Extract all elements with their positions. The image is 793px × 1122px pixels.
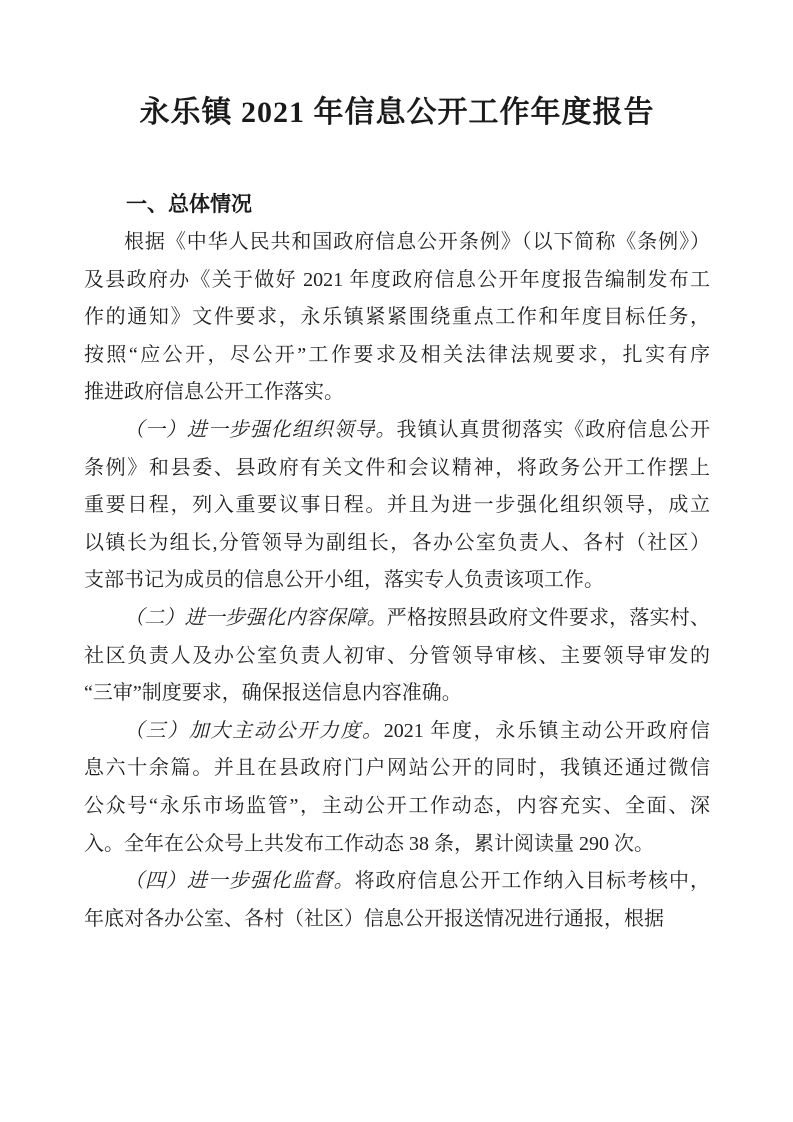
text-line: 推进政府信息公开工作落实。 [84,374,710,412]
text-line: 及县政府办《关于做好 2021 年度政府信息公开年度报告编制发布工 [84,262,710,300]
text-line: 以镇长为组长,分管领导为副组长，各办公室负责人、各村（社区） [84,525,710,563]
paragraph-lead: （一）进一步强化组织领导。 [124,419,397,441]
text-line: 按照“应公开，尽公开”工作要求及相关法律法规要求，扎实有序 [84,337,710,375]
line-text: 严格按照县政府文件要求，落实村、 [387,607,710,629]
paragraph-lead: （三）加大主动公开力度。 [124,720,384,742]
text-line: 息六十余篇。并且在县政府门户网站公开的同时，我镇还通过微信 [84,750,710,788]
paragraph: （二）进一步强化内容保障。严格按照县政府文件要求，落实村、社区负责人及办公室负责… [84,600,710,713]
text-line: 作的通知》文件要求，永乐镇紧紧围绕重点工作和年度目标任务， [84,299,710,337]
paragraph: （四）进一步强化监督。将政府信息公开工作纳入目标考核中，年底对各办公室、各村（社… [84,863,710,938]
line-text: 将政府信息公开工作纳入目标考核中， [355,870,710,892]
document-body: 根据《中华人民共和国政府信息公开条例》（以下简称《条例》）及县政府办《关于做好 … [84,224,710,938]
text-line: “三审”制度要求，确保报送信息内容准确。 [84,675,710,713]
section-heading: 一、总体情况 [84,186,710,224]
line-text: 2021 年度，永乐镇主动公开政府信 [384,720,710,742]
document-page: 永乐镇 2021 年信息公开工作年度报告 一、总体情况 根据《中华人民共和国政府… [0,0,793,1122]
text-line: 重要日程，列入重要议事日程。并且为进一步强化组织领导，成立 [84,487,710,525]
text-line: 入。全年在公众号上共发布工作动态 38 条，累计阅读量 290 次。 [84,826,710,864]
text-line: （一）进一步强化组织领导。我镇认真贯彻落实《政府信息公开 [84,412,710,450]
text-line: 社区负责人及办公室负责人初审、分管领导审核、主要领导审发的 [84,638,710,676]
text-line: 支部书记为成员的信息公开小组，落实专人负责该项工作。 [84,562,710,600]
text-line: 公众号“永乐市场监管”，主动公开工作动态，内容充实、全面、深 [84,788,710,826]
text-line: （四）进一步强化监督。将政府信息公开工作纳入目标考核中， [84,863,710,901]
text-line: 根据《中华人民共和国政府信息公开条例》（以下简称《条例》） [84,224,710,262]
paragraph: （一）进一步强化组织领导。我镇认真贯彻落实《政府信息公开条例》和县委、县政府有关… [84,412,710,600]
line-text: 我镇认真贯彻落实《政府信息公开 [397,419,710,441]
paragraph: 根据《中华人民共和国政府信息公开条例》（以下简称《条例》）及县政府办《关于做好 … [84,224,710,412]
document-title: 永乐镇 2021 年信息公开工作年度报告 [84,90,710,136]
text-line: （三）加大主动公开力度。2021 年度，永乐镇主动公开政府信 [84,713,710,751]
paragraph-lead: （二）进一步强化内容保障。 [124,607,387,629]
text-line: 条例》和县委、县政府有关文件和会议精神，将政务公开工作摆上 [84,450,710,488]
text-line: 年底对各办公室、各村（社区）信息公开报送情况进行通报，根据 [84,901,710,939]
text-line: （二）进一步强化内容保障。严格按照县政府文件要求，落实村、 [84,600,710,638]
paragraph-lead: （四）进一步强化监督。 [124,870,355,892]
paragraph: （三）加大主动公开力度。2021 年度，永乐镇主动公开政府信息六十余篇。并且在县… [84,713,710,863]
